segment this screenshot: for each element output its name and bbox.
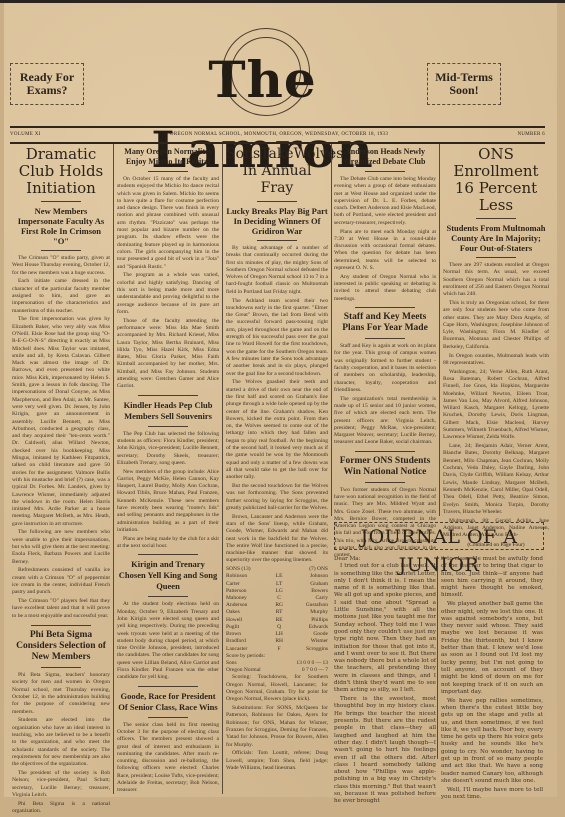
column-rule — [331, 144, 332, 516]
masthead-title: The Lamron — [100, 45, 425, 115]
lineup-row: HowellREPhillips — [226, 617, 328, 624]
pepclub-body: The Pep Club has selected the following … — [117, 431, 219, 551]
pepclub-headline: Kindler Heads Pep Club Members Sell Souv… — [117, 400, 219, 422]
debate-headline: Anderson Heads Newly Organized Debate Cl… — [334, 147, 436, 167]
lineup-row: RobinsonLEJohnson — [226, 573, 328, 580]
enrollment-body: There are 297 students enrolled at Orego… — [443, 262, 549, 539]
senior-body: The senior class held its first meeting … — [117, 722, 219, 795]
dateline-center: OREGON NORMAL SCHOOL, MONMOUTH, OREGON, … — [170, 128, 388, 142]
lineup-row: AndersonRGGustafson — [226, 602, 328, 609]
column-rule — [439, 144, 440, 516]
column-1: Dramatic Club Holds Initiation New Membe… — [12, 144, 110, 800]
journal-headline: JOURNAL OF A JUNIOR — [334, 522, 544, 550]
column-4: Anderson Heads Newly Organized Debate Cl… — [334, 144, 436, 561]
volume-label: VOLUME XI — [10, 128, 41, 142]
score-title: Score by periods: — [226, 653, 328, 660]
lineup-table: SONS (13)(7) ONS RobinsonLEJohnsonCarter… — [226, 566, 328, 652]
dateline: VOLUME XI OREGON NORMAL SCHOOL, MONMOUTH… — [10, 126, 545, 144]
ear-right-text: Mid-Terms Soon! — [428, 71, 500, 97]
journal-body-1: I tried out for a club last week. It is … — [334, 563, 436, 800]
column-rule — [437, 556, 438, 759]
score-table: Sons13 0 0 0 — 13Oregon Normal0 7 0 0 — … — [226, 660, 328, 674]
staffkey-body: Staff and Key is again at work on its pl… — [334, 343, 436, 447]
phibeta-body: Phi Beta Sigma, teachers' honorary socie… — [12, 672, 110, 800]
football-headline: SonsTakeWolves In Annual Fray — [226, 146, 328, 197]
staffkey-headline: Staff and Key Meets Plans For Year Made — [334, 312, 436, 334]
lineup-row: CarterLTGraham — [226, 581, 328, 588]
ear-left-text: Ready For Exams? — [11, 71, 83, 97]
lineup-row: PattersonLGBowers — [226, 588, 328, 595]
lineup-row: PuglitQEdwards — [226, 624, 328, 631]
ear-right-box: Mid-Terms Soon! — [427, 63, 501, 105]
lineup-row: BradfordRHWismer — [226, 638, 328, 645]
column-2: Many Oregon Normalites Enjoy Michio Ito … — [117, 144, 219, 796]
lineup-row: LancasterFScroggins — [226, 646, 328, 653]
phibeta-headline: Phi Beta Sigma Considers Selection of Ne… — [12, 630, 110, 663]
journal-column-2: it to class. He must be awfully fond of … — [441, 556, 543, 800]
column-5: ONS Enrollment 16 Percent Less Students … — [443, 144, 549, 548]
enrollment-subhead: Students From Multnomah County Are In Ma… — [443, 223, 549, 253]
dramatic-subhead: New Members Impersonate Faculty As First… — [12, 206, 110, 246]
formerons-headline: Former ONS Students Win National Notice — [334, 456, 436, 478]
enrollment-headline: ONS Enrollment 16 Percent Less — [443, 146, 549, 214]
column-rule — [222, 144, 223, 794]
lineup-row: OakesRTMurphy — [226, 609, 328, 616]
football-after: Scoring: Touchdowns, for Southern Oregon… — [226, 674, 328, 772]
column-3: SonsTakeWolves In Annual Fray Lucky Brea… — [226, 144, 328, 774]
yellking-body: At the student body elections held on Mo… — [117, 601, 219, 681]
dramatic-body: The Crimson "O" studio party, given at W… — [12, 255, 110, 620]
debate-body: The Debate Club came into being Monday e… — [334, 176, 436, 303]
column-rule — [113, 144, 114, 794]
issue-number: NUMBER 6 — [517, 128, 545, 142]
michio-body: On October 15 many of the faculty and st… — [117, 176, 219, 391]
football-body: By taking advantage of a number of break… — [226, 245, 328, 565]
football-subhead: Lucky Breaks Play Big Part In Deciding W… — [226, 206, 328, 236]
journal-body-2: it to class. He must be awfully fond of … — [441, 556, 543, 800]
yellking-headline: Kirigin and Trenary Chosen Yell King and… — [117, 559, 219, 592]
senior-headline: Goode, Race for President Of Senior Clas… — [117, 691, 219, 713]
michio-headline: Many Oregon Normalites Enjoy Michio Ito … — [117, 147, 219, 167]
journal-salutation: Dear Ma: — [334, 556, 436, 563]
ear-left-box: Ready For Exams? — [10, 63, 84, 105]
journal-column-1: Dear Ma: I tried out for a club last wee… — [334, 556, 436, 800]
score-row: Sons13 0 0 0 — 13 — [226, 660, 328, 667]
dramatic-headline: Dramatic Club Holds Initiation — [12, 146, 110, 197]
